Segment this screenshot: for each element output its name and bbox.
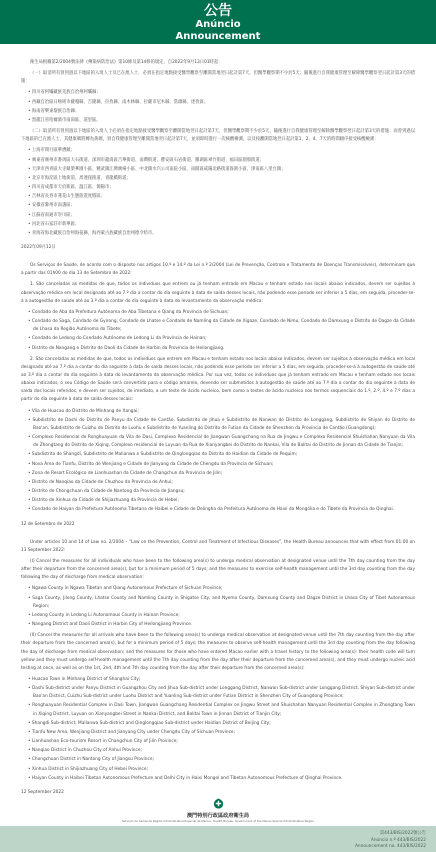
pt-region-list-2: Vila de Huacao do Distrito de Minhang de… — [21, 408, 415, 515]
region-list-item: 黑龍江省哈爾濱市南崗區、道里區。 — [28, 117, 415, 125]
region-list-item: 安徽省滁州市南譙區； — [28, 202, 415, 210]
region-list-item: Distrito de Nangang e Distrito de Daoli … — [28, 345, 415, 353]
region-list-item: 海南省樂東黎族自治縣； — [28, 108, 415, 116]
region-list-item: Nova Área de Tianfu, Distrito de Wenjian… — [28, 461, 415, 469]
announcement-number-en: Announcement no. 443/BIS/2022 — [0, 844, 426, 851]
zh-intro: 衛生局根據第2/2004號法律《傳染病防治法》第10條及第14條的規定，自202… — [21, 59, 415, 67]
pt-intro: Os Serviços de Saúde, de acordo com o di… — [21, 262, 415, 278]
zh-measure-2: （二）取消所有曾到過以下地區的入境人士必須在指定地點接受醫學觀察至離開當地翌日起… — [21, 128, 415, 144]
region-list-item: 江蘇省南通市崇川區； — [28, 212, 415, 220]
region-list-item: Subdistrito de Shangdi, Subdistrito de M… — [28, 451, 415, 459]
en-region-list-2: Huacao Town in Minhang District of Shang… — [21, 676, 415, 783]
region-list-item: Subdistrito de Dashi do Distrito de Pany… — [28, 417, 415, 433]
title-pt: Anúncio — [0, 19, 436, 31]
region-list-item: 河北省石家莊市新華區； — [28, 221, 415, 229]
region-list-item: Condado de Aba da Prefeitura Autónoma de… — [28, 309, 415, 317]
region-list-item: Condado de Haiyan da Prefeitura Autónoma… — [28, 506, 415, 514]
region-list-item: Distrito de Xinhua da Cidade de Shijiazh… — [28, 497, 415, 505]
region-list-item: Condado de Ledong do Condado Autónomo de… — [28, 335, 415, 343]
region-list-item: 北京市海淀區上地街道、馬連窪街道、青龍橋街道； — [28, 175, 415, 183]
region-list-item: Distrito de Nanqiao da Cidade de Chuzhou… — [28, 479, 415, 487]
announcement-page: { "colors": { "header_bg": "#00714e", "f… — [0, 0, 436, 852]
title-zh: 公告 — [0, 4, 436, 19]
health-bureau-emblem-icon — [213, 794, 224, 805]
region-list-item: Chongchuan District in Nantong City of J… — [28, 756, 415, 764]
en-measure-2: (II) Cancel the measures for all arrival… — [21, 632, 415, 673]
zh-region-list-1: 四川省阿壩藏族羌族自治州阿壩縣；西藏自治區日喀則市薩嘎縣、吉隆縣、拉孜縣、南木林… — [21, 89, 415, 125]
region-list-item: Ronghuayuan Residential Complex in Dasi … — [28, 702, 415, 718]
region-list-item: Nangang District and Daoli District in H… — [28, 621, 415, 629]
org-name-latin: Serviços de Saúde da Região Administrati… — [0, 820, 436, 823]
region-list-item: 上海市閔行區華漕鎮； — [28, 147, 415, 155]
region-list-item: Ledong County in Ledong Li Autonomous Co… — [28, 612, 415, 620]
announcement-number-zh: 第443/BIS/2022號公告 — [0, 831, 426, 838]
region-list-item: 天津市西青區大寺鎮榮華園小區、精武鎮江灣廣場小區、中北鎮水汽公司南院小區，南開區… — [28, 166, 415, 174]
region-list-item: Ngawa County in Ngawa Tibetan and Qiang … — [28, 585, 415, 593]
pt-region-list-1: Condado de Aba da Prefeitura Autónoma de… — [21, 309, 415, 353]
region-list-item: Zona de Resort Ecológico de Lianhuashan … — [28, 470, 415, 478]
announcement-header-banner: 公告 Anúncio Announcement — [0, 0, 436, 44]
region-list-item: 四川省成都市天府新區、溫江區、簡陽市； — [28, 184, 415, 192]
zh-region-list-2: 上海市閔行區華漕鎮；廣東省廣州市番禺區大石街道，深圳市龍崗區吉華街道、南灣街道、… — [21, 147, 415, 238]
region-list-item: Vila de Huacao do Distrito de Minhang de… — [28, 408, 415, 416]
region-list-item: Xinhua District in Shijiazhuang City of … — [28, 766, 415, 774]
announcement-body: 衛生局根據第2/2004號法律《傳染病防治法》第10條及第14條的規定，自202… — [0, 44, 436, 797]
region-list-item: Nanqiao District in Chuzhou City of Anhu… — [28, 747, 415, 755]
region-list-item: Distrito de Chongchuan da Cidade de Nant… — [28, 488, 415, 496]
region-list-item: 青海省海北藏族自治州海晏縣、海西蒙古族藏族自治州德令哈市。 — [28, 230, 415, 238]
region-list-item: Tianfu New Area, Wenjiang District and J… — [28, 729, 415, 737]
en-measure-1: (I) Cancel the measures for all individu… — [21, 558, 415, 582]
region-list-item: Dashi Sub-district under Panyu District … — [28, 685, 415, 701]
region-list-item: 吉林省長春市蓮花山生態旅遊度假區； — [28, 193, 415, 201]
portuguese-section: Os Serviços de Saúde, de acordo com o di… — [21, 262, 415, 529]
en-intro: Under articles 10 and 14 of Law no. 2/20… — [21, 539, 415, 555]
title-en: Announcement — [0, 31, 436, 43]
pt-measure-1: 1. São canceladas as medidas de que, tod… — [21, 281, 415, 305]
region-list-item: 西藏自治區日喀則市薩嘎縣、吉隆縣、拉孜縣、南木林縣，拉薩市尼木縣、當雄縣、達孜區… — [28, 99, 415, 107]
region-list-item: Complexo Residencial de Ronghuayuan da V… — [28, 434, 415, 450]
region-list-item: 廣東省廣州市番禺區大石街道，深圳市龍崗區吉華街道、南灣街道、寶安區石岩街道、羅湖… — [28, 157, 415, 165]
zh-measure-1: （一）取消所有曾到過以下地區的入境人士及已在澳人士，必須在指定地點接受醫學觀察至… — [21, 70, 415, 86]
region-list-item: 四川省阿壩藏族羌族自治州阿壩縣； — [28, 89, 415, 97]
pt-measure-2: 2. São canceladas as medidas de que, tod… — [21, 356, 415, 405]
chinese-section: 衛生局根據第2/2004號法律《傳染病防治法》第10條及第14條的規定，自202… — [21, 59, 415, 252]
region-list-item: Lianhuashan Eco-tourism Resort in Changc… — [28, 738, 415, 746]
region-list-item: Huacao Town in Minhang District of Shang… — [28, 676, 415, 684]
zh-date: 2022年09月12日 — [21, 244, 415, 252]
pt-date: 12 de Setembro de 2022 — [21, 521, 415, 529]
region-list-item: Haiyan County in Haibei Tibetan Autonomo… — [28, 775, 415, 783]
region-list-item: Saga County, Jilong County, Lhatse Count… — [28, 595, 415, 611]
en-region-list-1: Ngawa County in Ngawa Tibetan and Qiang … — [21, 585, 415, 629]
region-list-item: Condado de Saga, Condado de Gyirong, Con… — [28, 318, 415, 334]
announcement-number-bar: 第443/BIS/2022號公告 Anúncio n.º 443/BIS/202… — [0, 826, 436, 852]
issuing-organisation: 澳門特別行政區政府衛生局 Serviços de Saúde da Região… — [0, 794, 436, 826]
region-list-item: Shangdi Sub-district, Malianwa Sub-distr… — [28, 720, 415, 728]
english-section: Under articles 10 and 14 of Law no. 2/20… — [21, 539, 415, 797]
